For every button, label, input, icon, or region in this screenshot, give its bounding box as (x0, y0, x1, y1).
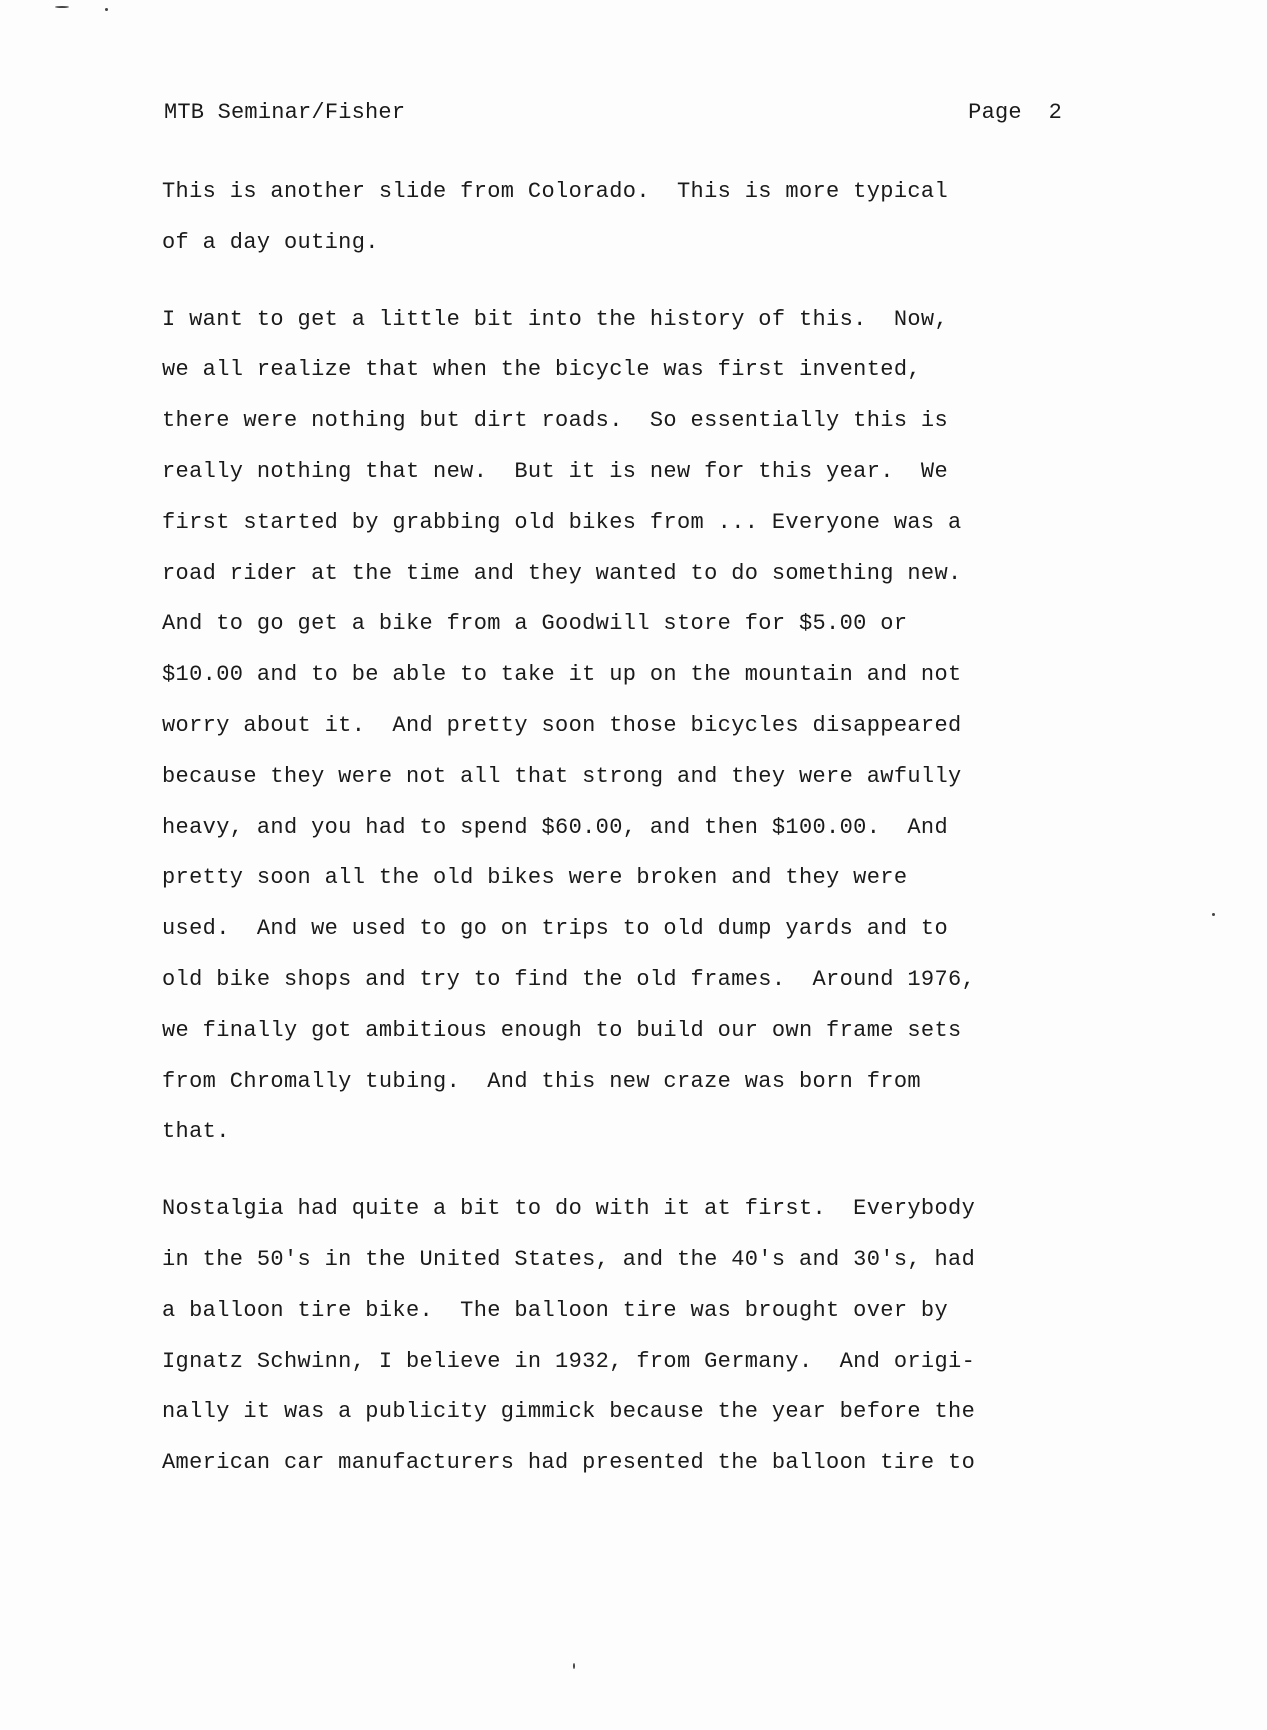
text-line: we all realize that when the bicycle was… (162, 356, 1082, 407)
scan-speck (573, 1663, 575, 1669)
text-line: a balloon tire bike. The balloon tire wa… (162, 1297, 1082, 1348)
text-line: pretty soon all the old bikes were broke… (162, 864, 1082, 915)
text-line: $10.00 and to be able to take it up on t… (162, 661, 1082, 712)
paragraph-gap (162, 1169, 1082, 1195)
scan-speck (105, 8, 108, 11)
text-line: used. And we used to go on trips to old … (162, 915, 1082, 966)
text-line: Ignatz Schwinn, I believe in 1932, from … (162, 1348, 1082, 1399)
text-line: And to go get a bike from a Goodwill sto… (162, 610, 1082, 661)
header-title: MTB Seminar/Fisher (164, 99, 405, 127)
text-line: worry about it. And pretty soon those bi… (162, 712, 1082, 763)
text-line: that. (162, 1118, 1082, 1169)
paragraph-gap (162, 280, 1082, 306)
text-line: This is another slide from Colorado. Thi… (162, 178, 1082, 229)
paragraph-1: This is another slide from Colorado. Thi… (162, 178, 1082, 280)
scan-speck (55, 6, 69, 8)
document-page: MTB Seminar/Fisher Page 2 This is anothe… (0, 0, 1267, 1730)
text-line: because they were not all that strong an… (162, 763, 1082, 814)
text-line: American car manufacturers had presented… (162, 1449, 1082, 1500)
text-line: heavy, and you had to spend $60.00, and … (162, 814, 1082, 865)
text-line: I want to get a little bit into the hist… (162, 306, 1082, 357)
text-line: road rider at the time and they wanted t… (162, 560, 1082, 611)
text-line: nally it was a publicity gimmick because… (162, 1398, 1082, 1449)
text-line: we finally got ambitious enough to build… (162, 1017, 1082, 1068)
document-body: This is another slide from Colorado. Thi… (162, 178, 1082, 1500)
page-header: MTB Seminar/Fisher Page 2 (164, 99, 1062, 127)
page-number: Page 2 (968, 99, 1062, 127)
scan-speck (1212, 913, 1215, 916)
text-line: in the 50's in the United States, and th… (162, 1246, 1082, 1297)
text-line: from Chromally tubing. And this new craz… (162, 1068, 1082, 1119)
paragraph-2: I want to get a little bit into the hist… (162, 306, 1082, 1170)
text-line: of a day outing. (162, 229, 1082, 280)
paragraph-3: Nostalgia had quite a bit to do with it … (162, 1195, 1082, 1500)
text-line: old bike shops and try to find the old f… (162, 966, 1082, 1017)
text-line: really nothing that new. But it is new f… (162, 458, 1082, 509)
text-line: first started by grabbing old bikes from… (162, 509, 1082, 560)
text-line: Nostalgia had quite a bit to do with it … (162, 1195, 1082, 1246)
text-line: there were nothing but dirt roads. So es… (162, 407, 1082, 458)
